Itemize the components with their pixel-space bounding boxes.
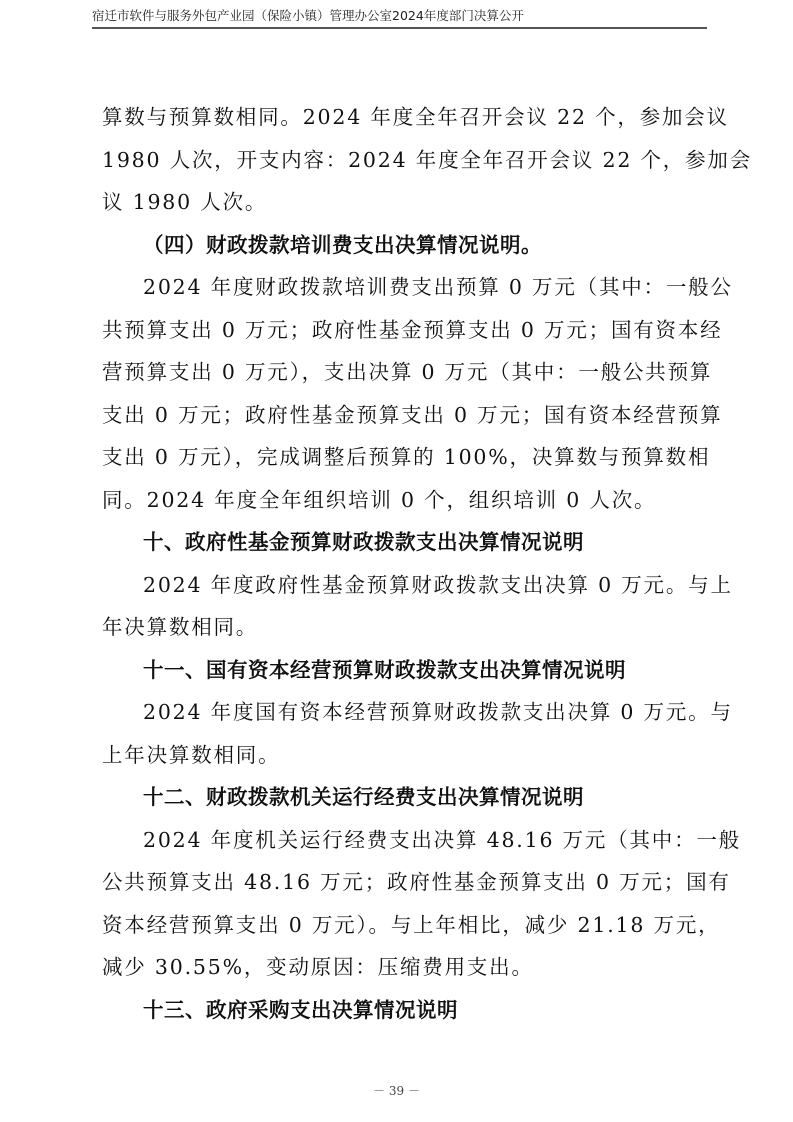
body-line: 1980 人次，开支内容：2024 年度全年召开会议 22 个，参加会 [102, 139, 692, 182]
body-line: 资本经营预算支出 0 万元）。与上年相比，减少 21.18 万元， [102, 904, 692, 947]
section-heading-11: 十一、国有资本经营预算财政拨款支出决算情况说明 [102, 649, 692, 692]
body-line: 共预算支出 0 万元；政府性基金预算支出 0 万元；国有资本经 [102, 309, 692, 352]
body-line: 议 1980 人次。 [102, 181, 692, 224]
body-line: 上年决算数相同。 [102, 734, 692, 777]
body-line: 算数与预算数相同。2024 年度全年召开会议 22 个，参加会议 [102, 96, 692, 139]
body-line: 营预算支出 0 万元），支出决算 0 万元（其中：一般公共预算 [102, 351, 692, 394]
body-line: 支出 0 万元），完成调整后预算的 100%，决算数与预算数相 [102, 436, 692, 479]
header-divider [92, 27, 707, 29]
body-line: 支出 0 万元；政府性基金预算支出 0 万元；国有资本经营预算 [102, 394, 692, 437]
body-line: 减少 30.55%，变动原因：压缩费用支出。 [102, 946, 692, 989]
page-number: － 39 － [0, 1082, 793, 1099]
section-heading-12: 十二、财政拨款机关运行经费支出决算情况说明 [102, 776, 692, 819]
body-line: 2024 年度国有资本经营预算财政拨款支出决算 0 万元。与 [102, 691, 692, 734]
document-body: 算数与预算数相同。2024 年度全年召开会议 22 个，参加会议 1980 人次… [102, 96, 692, 1031]
running-header: 宿迁市软件与服务外包产业园（保险小镇）管理办公室2024年度部门决算公开 [92, 6, 707, 24]
body-line: 同。2024 年度全年组织培训 0 个，组织培训 0 人次。 [102, 479, 692, 522]
section-heading-10: 十、政府性基金预算财政拨款支出决算情况说明 [102, 521, 692, 564]
body-line: 2024 年度政府性基金预算财政拨款支出决算 0 万元。与上 [102, 564, 692, 607]
body-line: 2024 年度机关运行经费支出决算 48.16 万元（其中：一般 [102, 819, 692, 862]
body-line: 年决算数相同。 [102, 606, 692, 649]
section-heading-13: 十三、政府采购支出决算情况说明 [102, 989, 692, 1032]
body-line: 2024 年度财政拨款培训费支出预算 0 万元（其中：一般公 [102, 266, 692, 309]
section-heading-training-fee: （四）财政拨款培训费支出决算情况说明。 [102, 224, 692, 267]
body-line: 公共预算支出 48.16 万元；政府性基金预算支出 0 万元；国有 [102, 861, 692, 904]
